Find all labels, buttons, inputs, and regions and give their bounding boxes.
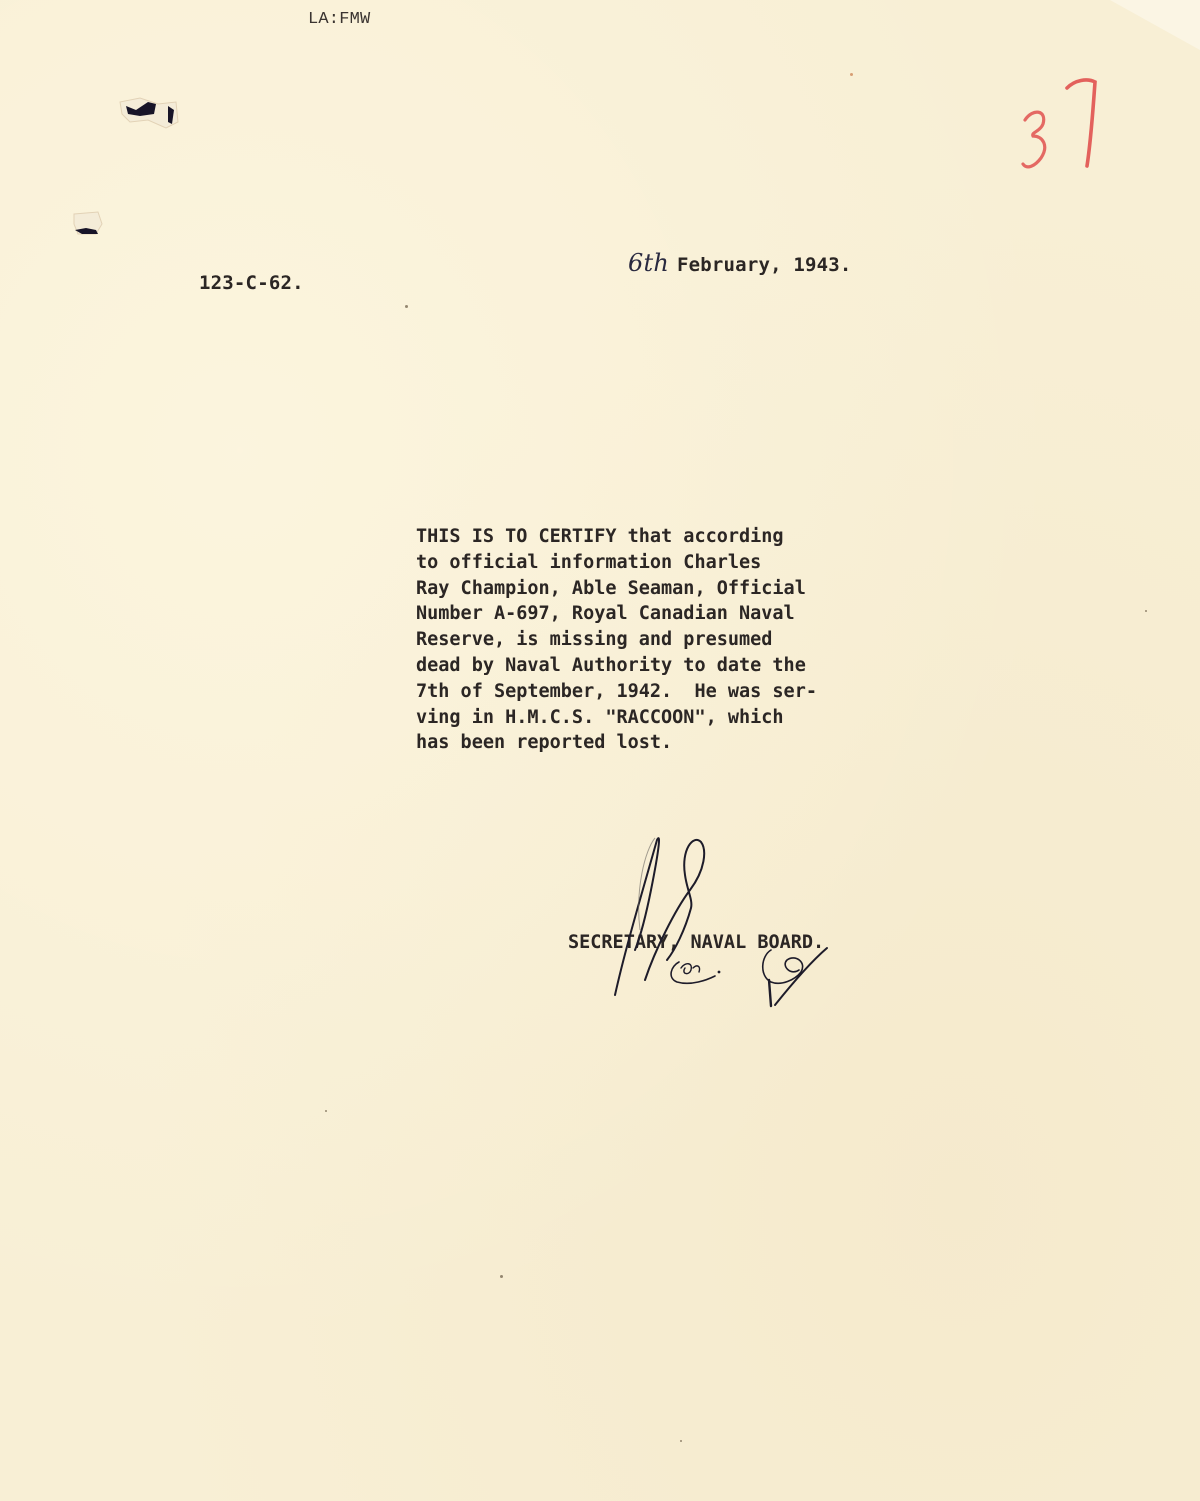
body-line: THIS IS TO CERTIFY that according (416, 524, 817, 550)
body-line: has been reported lost. (416, 730, 817, 756)
typed-month-year: February, 1943. (677, 254, 852, 276)
paper-speck (680, 1440, 682, 1442)
body-line: Ray Champion, Able Seaman, Official (416, 576, 817, 602)
handwritten-signature-icon (595, 830, 845, 1020)
body-line: Reserve, is missing and presumed (416, 627, 817, 653)
file-reference-number: 123-C-62. (199, 272, 304, 294)
body-line: Number A-697, Royal Canadian Naval (416, 601, 817, 627)
paper-corner-fold (1110, 0, 1200, 50)
folio-number (1015, 70, 1105, 180)
paper-speck (500, 1275, 503, 1278)
punch-hole-icon (118, 92, 183, 134)
handwritten-folio-37-icon (1015, 70, 1105, 180)
letter-date: 6th February, 1943. (628, 249, 852, 277)
body-line: dead by Naval Authority to date the (416, 653, 817, 679)
paper-speck (405, 305, 408, 308)
punch-hole-icon (72, 210, 106, 240)
handwritten-day: 6th (628, 249, 669, 277)
paper-speck (1145, 610, 1147, 612)
paper-speck (850, 73, 853, 76)
document-page: LA:FMW 123-C-62. 6th February, 1943. THI… (0, 0, 1200, 1501)
body-line: to official information Charles (416, 550, 817, 576)
signature (595, 830, 845, 1020)
paper-speck (325, 1110, 327, 1112)
typist-initials: LA:FMW (308, 10, 370, 29)
body-line: ving in H.M.C.S. "RACCOON", which (416, 705, 817, 731)
certificate-body: THIS IS TO CERTIFY that according to off… (416, 524, 817, 756)
body-line: 7th of September, 1942. He was ser- (416, 679, 817, 705)
